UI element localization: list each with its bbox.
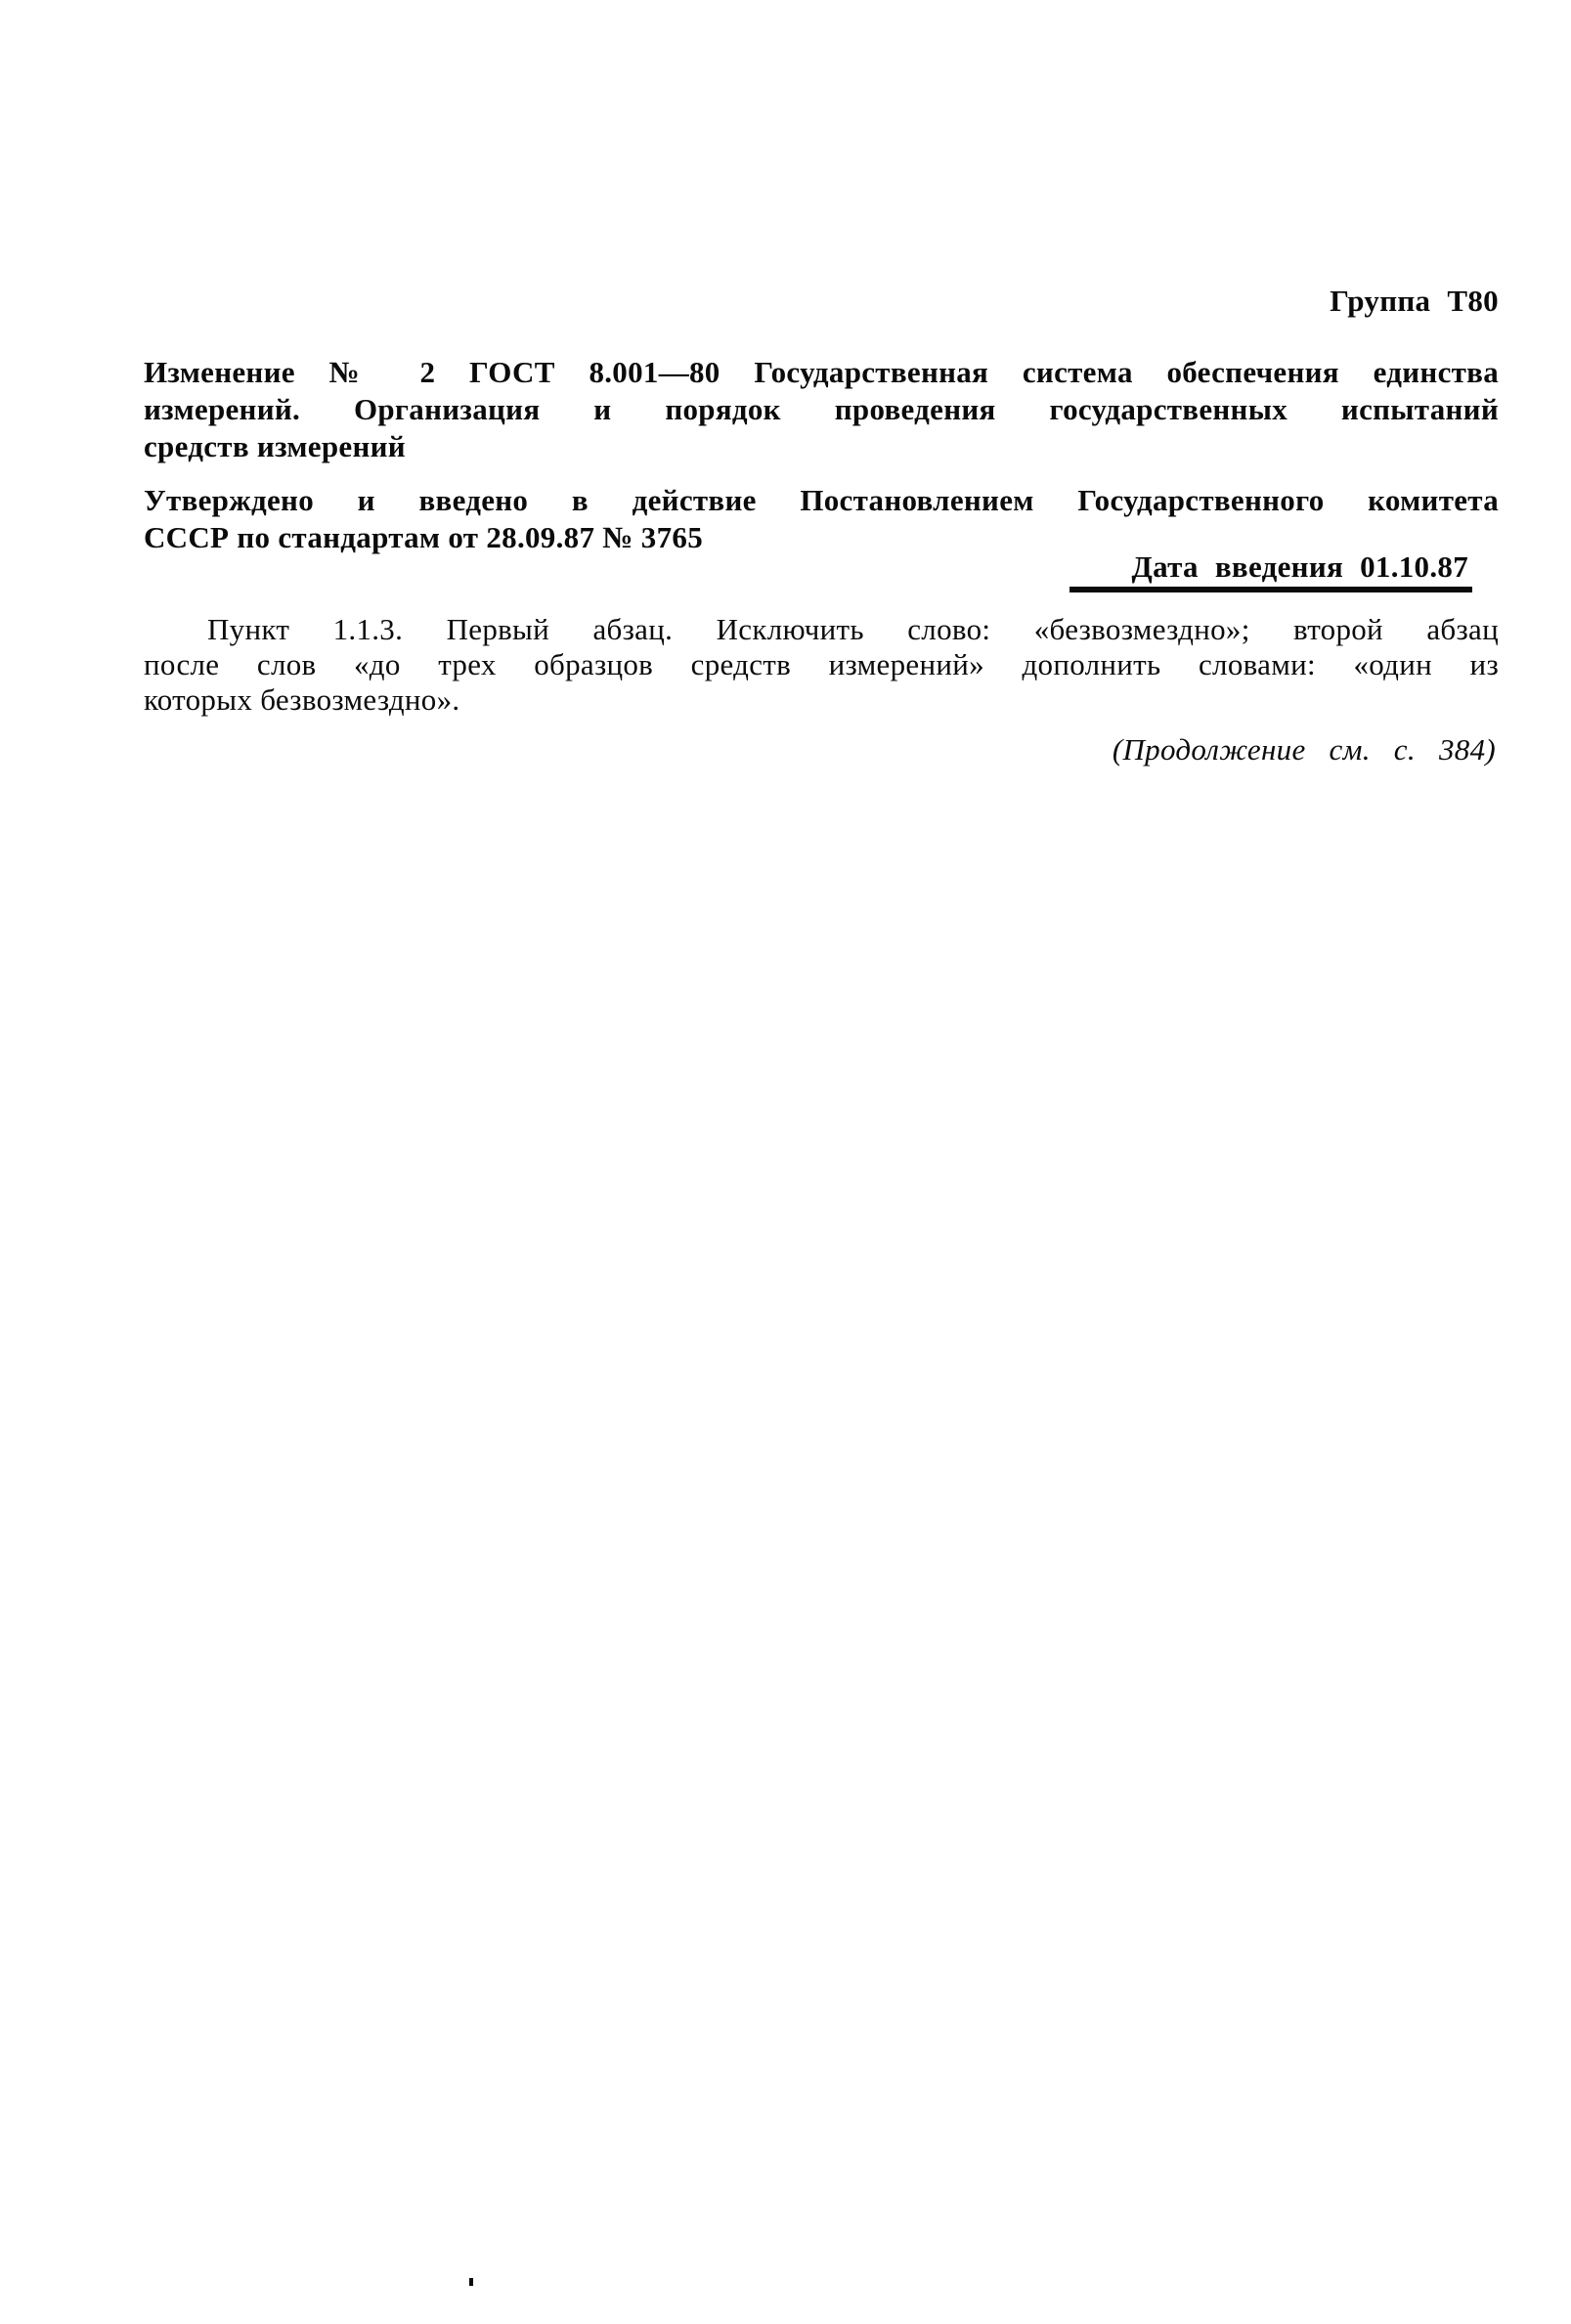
amendment-clause-line-2: после слов «до трех образцов средств изм… <box>144 647 1499 682</box>
amendment-title-line-2: измерений. Организация и порядок проведе… <box>144 391 1499 428</box>
amendment-clause-line-1: Пункт 1.1.3. Первый абзац. Исключить сло… <box>144 612 1499 647</box>
amendment-clause-line-3: которых безвозмездно». <box>144 682 1499 718</box>
group-code-label: Группа Т80 <box>1330 283 1499 320</box>
effective-date-label: Дата введения 01.10.87 <box>1132 548 1469 586</box>
amendment-title-line-3: средств измерений <box>144 428 1499 465</box>
amendment-clause-paragraph: Пункт 1.1.3. Первый абзац. Исключить сло… <box>144 612 1499 718</box>
amendment-title-line-1: Изменение № 2 ГОСТ 8.001—80 Государствен… <box>144 354 1499 391</box>
amendment-title-paragraph: Изменение № 2 ГОСТ 8.001—80 Государствен… <box>144 354 1499 465</box>
approval-statement-paragraph: Утверждено и введено в действие Постанов… <box>144 482 1499 556</box>
effective-date-underline-rule <box>1069 587 1472 592</box>
scanned-document-page: Группа Т80 Изменение № 2 ГОСТ 8.001—80 Г… <box>0 0 1571 2324</box>
approval-statement-line-1: Утверждено и введено в действие Постанов… <box>144 482 1499 519</box>
continuation-reference-note: (Продолжение см. с. 384) <box>1113 731 1496 768</box>
ink-speck-mark <box>469 2278 473 2286</box>
